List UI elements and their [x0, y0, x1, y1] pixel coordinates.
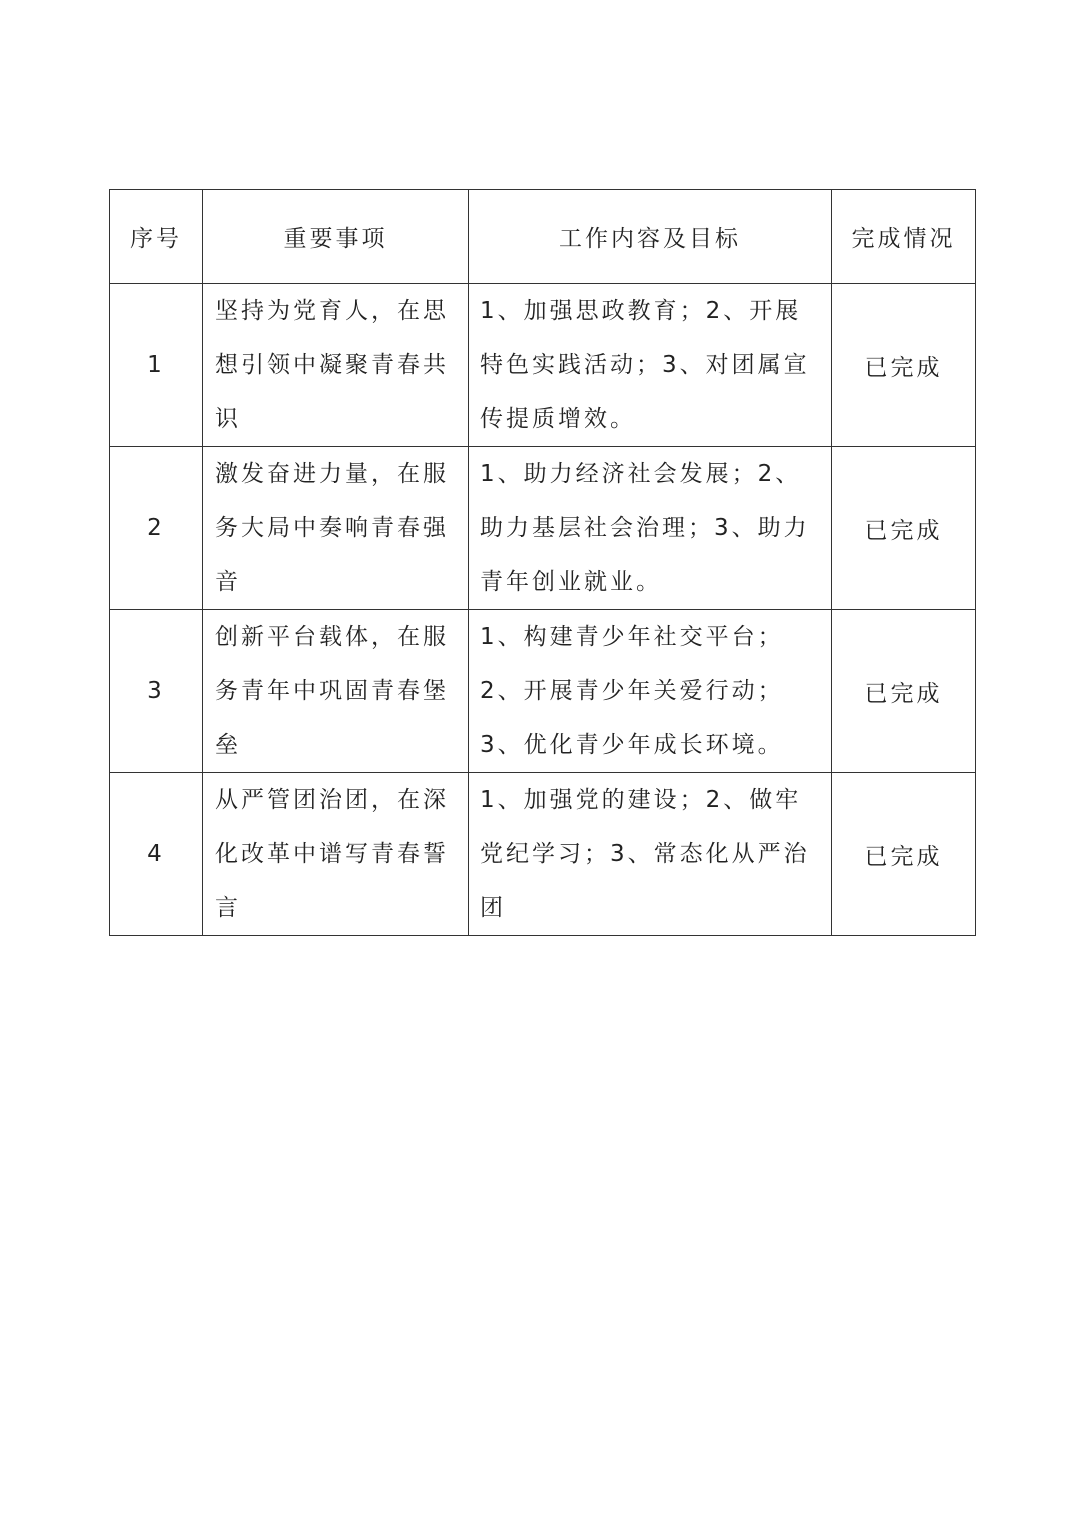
row-status: 已完成 [832, 447, 976, 610]
header-content: 工作内容及目标 [469, 190, 832, 284]
row-index: 1 [110, 284, 203, 447]
row-status: 已完成 [832, 773, 976, 936]
table-row: 3 创新平台载体，在服务青年中巩固青春堡垒 1、构建青少年社交平台；2、开展青少… [110, 610, 976, 773]
header-item: 重要事项 [203, 190, 469, 284]
table-row: 1 坚持为党育人，在思想引领中凝聚青春共识 1、加强思政教育；2、开展特色实践活… [110, 284, 976, 447]
row-item: 激发奋进力量，在服务大局中奏响青春强音 [203, 447, 468, 609]
table-row: 4 从严管团治团，在深化改革中谱写青春誓言 1、加强党的建设；2、做牢党纪学习；… [110, 773, 976, 936]
row-item: 创新平台载体，在服务青年中巩固青春堡垒 [203, 610, 468, 772]
work-items-table: 序号 重要事项 工作内容及目标 完成情况 1 坚持为党育人，在思想引领中凝聚青春… [109, 189, 976, 936]
header-index: 序号 [110, 190, 203, 284]
row-item: 坚持为党育人，在思想引领中凝聚青春共识 [203, 284, 468, 446]
row-content: 1、助力经济社会发展；2、助力基层社会治理；3、助力青年创业就业。 [469, 447, 831, 609]
row-index: 3 [110, 610, 203, 773]
row-status: 已完成 [832, 284, 976, 447]
row-content: 1、加强思政教育；2、开展特色实践活动；3、对团属宣传提质增效。 [469, 284, 831, 446]
row-index: 4 [110, 773, 203, 936]
row-item: 从严管团治团，在深化改革中谱写青春誓言 [203, 773, 468, 935]
row-content: 1、加强党的建设；2、做牢党纪学习；3、常态化从严治团 [469, 773, 831, 935]
row-content: 1、构建青少年社交平台；2、开展青少年关爱行动；3、优化青少年成长环境。 [469, 610, 831, 772]
table-header-row: 序号 重要事项 工作内容及目标 完成情况 [110, 190, 976, 284]
row-status: 已完成 [832, 610, 976, 773]
row-index: 2 [110, 447, 203, 610]
table-row: 2 激发奋进力量，在服务大局中奏响青春强音 1、助力经济社会发展；2、助力基层社… [110, 447, 976, 610]
header-status: 完成情况 [832, 190, 976, 284]
